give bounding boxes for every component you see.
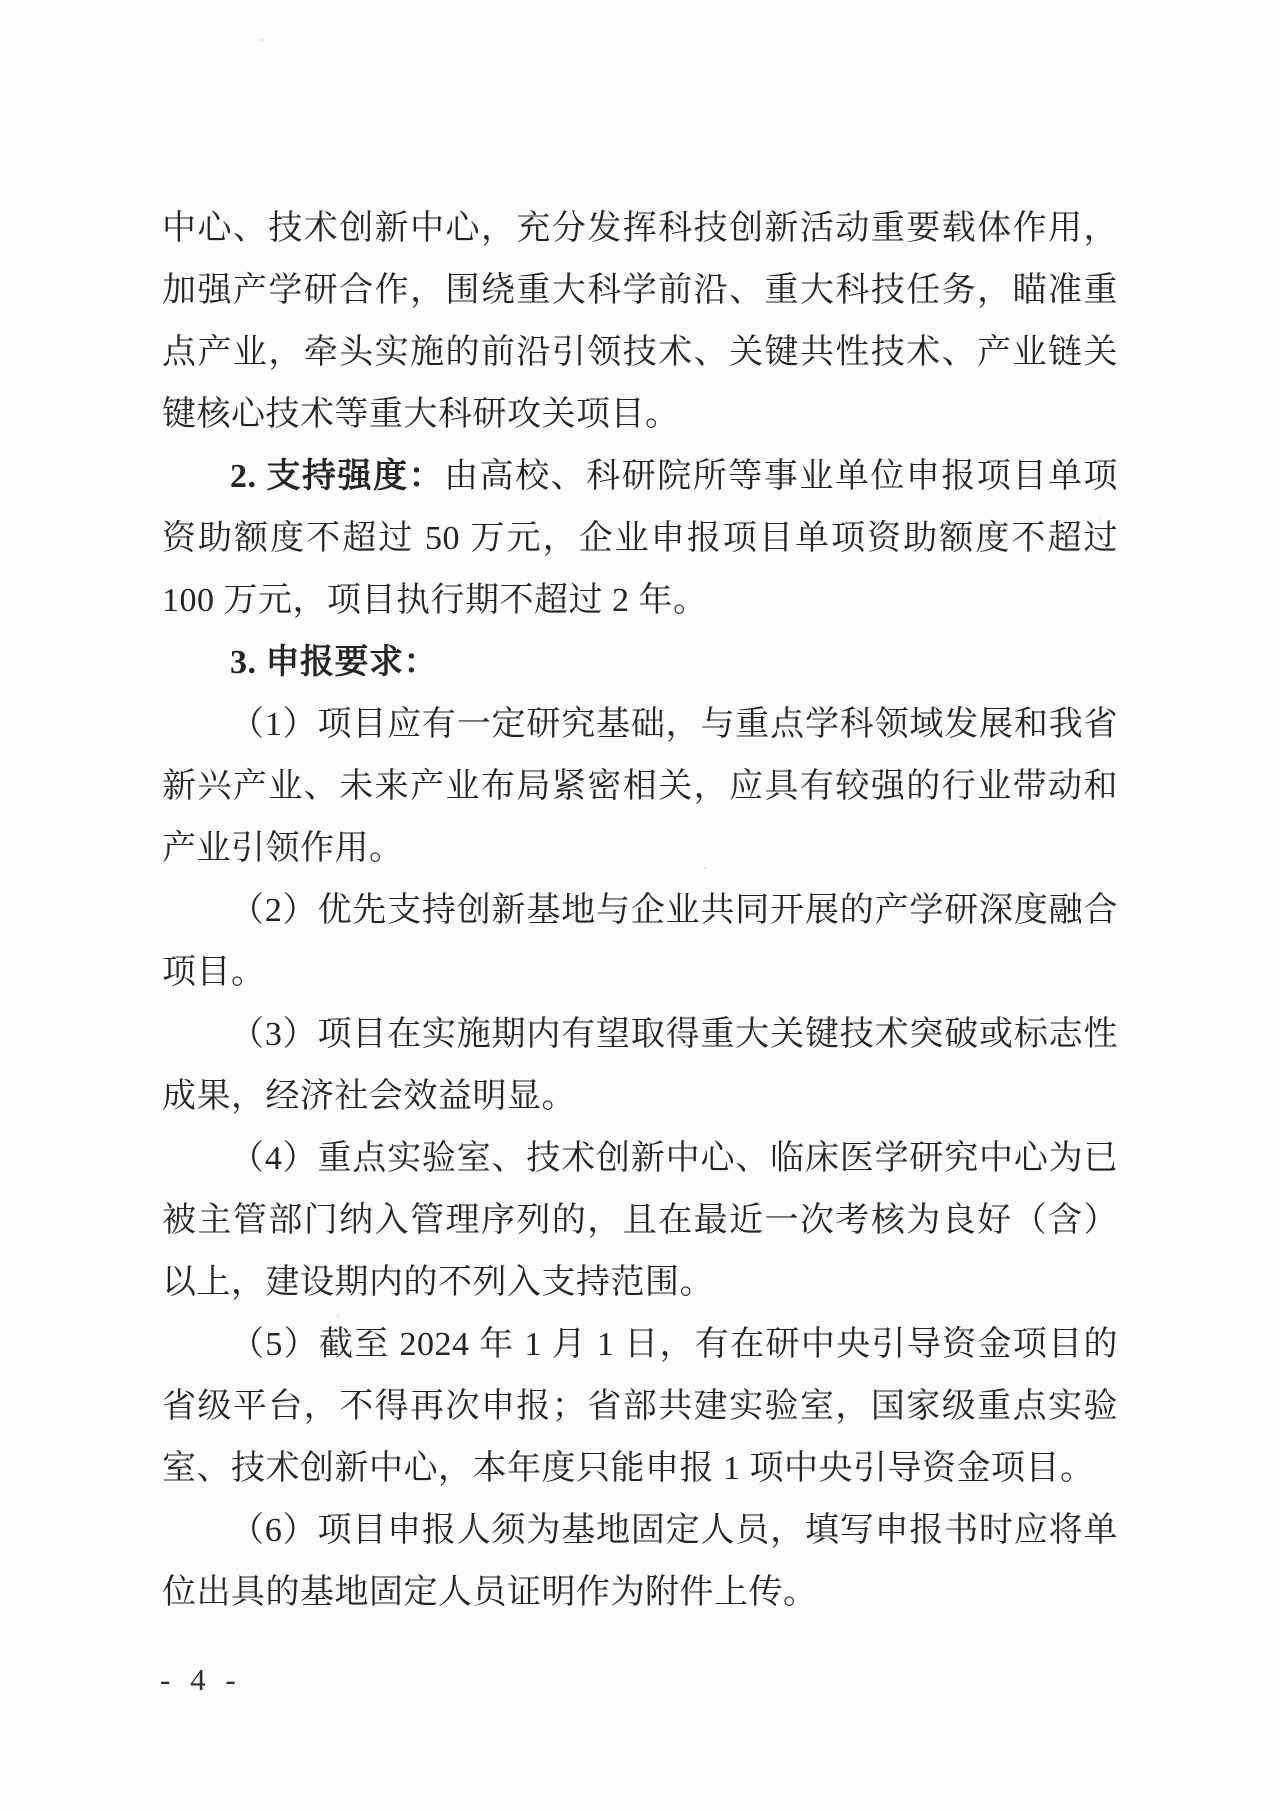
paragraph-item-4: （4）重点实验室、技术创新中心、临床医学研究中心为已被主管部门纳入管理序列的，且… bbox=[162, 1128, 1118, 1314]
page-number: - 4 - bbox=[160, 1662, 242, 1698]
paragraph-item-1: （1）项目应有一定研究基础，与重点学科领域发展和我省新兴产业、未来产业布局紧密相… bbox=[162, 694, 1118, 880]
paragraph-text: 中心、技术创新中心，充分发挥科技创新活动重要载体作用，加强产学研合作，围绕重大科… bbox=[162, 210, 1118, 433]
paragraph-item-2: （2）优先支持创新基地与企业共同开展的产学研深度融合项目。 bbox=[162, 880, 1118, 1004]
paragraph-text: （4）重点实验室、技术创新中心、临床医学研究中心为已被主管部门纳入管理序列的，且… bbox=[162, 1140, 1118, 1301]
paragraph-text: （2）优先支持创新基地与企业共同开展的产学研深度融合项目。 bbox=[162, 892, 1118, 991]
paragraph-text: （5）截至 2024 年 1 月 1 日，有在研中央引导资金项目的省级平台，不得… bbox=[162, 1326, 1118, 1487]
document-page: 中心、技术创新中心，充分发挥科技创新活动重要载体作用，加强产学研合作，围绕重大科… bbox=[0, 0, 1280, 1810]
paragraph-item-5: （5）截至 2024 年 1 月 1 日，有在研中央引导资金项目的省级平台，不得… bbox=[162, 1314, 1118, 1500]
paragraph-text: （1）项目应有一定研究基础，与重点学科领域发展和我省新兴产业、未来产业布局紧密相… bbox=[162, 706, 1118, 867]
paragraph-item-6: （6）项目申报人须为基地固定人员，填写申报书时应将单位出具的基地固定人员证明作为… bbox=[162, 1500, 1118, 1624]
paragraph-support-strength: 2. 支持强度：由高校、科研院所等事业单位申报项目单项资助额度不超过 50 万元… bbox=[162, 446, 1118, 632]
document-body-text: 中心、技术创新中心，充分发挥科技创新活动重要载体作用，加强产学研合作，围绕重大科… bbox=[162, 198, 1118, 1624]
paragraph-bold-label: 3. 申报要求： bbox=[230, 644, 438, 681]
paragraph-bold-label: 2. 支持强度： bbox=[230, 458, 444, 495]
paragraph-continuation: 中心、技术创新中心，充分发挥科技创新活动重要载体作用，加强产学研合作，围绕重大科… bbox=[162, 198, 1118, 446]
paragraph-text: （3）项目在实施期内有望取得重大关键技术突破或标志性成果，经济社会效益明显。 bbox=[162, 1016, 1118, 1115]
paragraph-text: （6）项目申报人须为基地固定人员，填写申报书时应将单位出具的基地固定人员证明作为… bbox=[162, 1512, 1118, 1611]
paragraph-item-3: （3）项目在实施期内有望取得重大关键技术突破或标志性成果，经济社会效益明显。 bbox=[162, 1004, 1118, 1128]
paragraph-application-requirements-heading: 3. 申报要求： bbox=[162, 632, 1118, 694]
